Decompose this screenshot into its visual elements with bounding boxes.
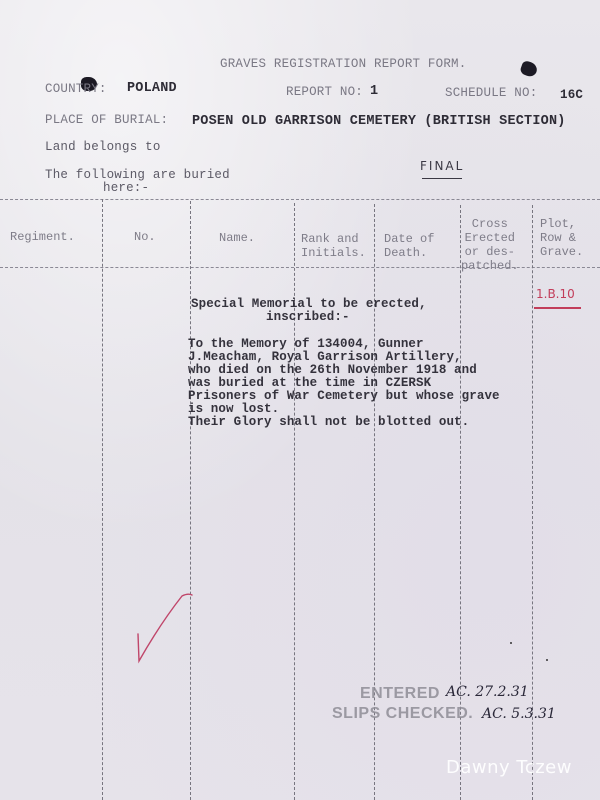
buried-label-line2: here:- xyxy=(103,181,149,195)
entered-stamp: ENTERED xyxy=(360,685,440,703)
table-top-rule xyxy=(0,199,600,200)
punch-hole-right xyxy=(519,60,539,79)
column-header-plot: Plot, Row & Grave. xyxy=(540,217,583,259)
place-of-burial-label: PLACE OF BURIAL: xyxy=(45,113,168,127)
inscription-line: Their Glory shall not be blotted out. xyxy=(188,416,500,429)
watermark: Dawny Tczew xyxy=(446,757,572,778)
column-divider xyxy=(294,203,295,800)
column-header-name: Name. xyxy=(219,231,255,245)
inscription: To the Memory of 134004, Gunner J.Meacha… xyxy=(188,338,500,429)
buried-label-line1: The following are buried xyxy=(45,168,230,182)
ink-speck xyxy=(510,642,512,644)
column-divider xyxy=(190,201,191,800)
form-title: GRAVES REGISTRATION REPORT FORM. xyxy=(220,57,466,71)
report-no-label: REPORT NO: xyxy=(286,85,363,99)
checkmark-icon xyxy=(130,588,200,666)
land-belongs-label: Land belongs to xyxy=(45,140,161,154)
memorial-heading-line2: inscribed:- xyxy=(266,311,350,324)
slips-checked-stamp: SLIPS CHECKED. xyxy=(332,705,473,723)
report-no-value: 1 xyxy=(370,84,378,99)
column-header-date: Date of Death. xyxy=(384,232,434,260)
slips-checked-initials-date: AC. 5.3.31 xyxy=(482,706,556,722)
plot-row-grave-value: 1.B.10 xyxy=(536,287,575,301)
column-divider xyxy=(102,199,103,800)
column-header-cross: Cross Erected or des- patched. xyxy=(461,217,519,273)
final-status-handwritten: FINAL xyxy=(420,159,464,173)
column-header-rank: Rank and Initials. xyxy=(301,232,366,260)
column-header-no: No. xyxy=(134,230,156,244)
country-value: POLAND xyxy=(127,81,177,96)
place-of-burial-value: POSEN OLD GARRISON CEMETERY (BRITISH SEC… xyxy=(192,114,566,129)
schedule-no-value: 16C xyxy=(560,88,583,102)
entered-initials-date: AC. 27.2.31 xyxy=(446,684,529,700)
ink-speck xyxy=(546,659,548,661)
schedule-no-label: SCHEDULE NO: xyxy=(445,86,537,100)
country-label: COUNTRY: xyxy=(45,82,107,96)
column-header-regiment: Regiment. xyxy=(10,230,75,244)
